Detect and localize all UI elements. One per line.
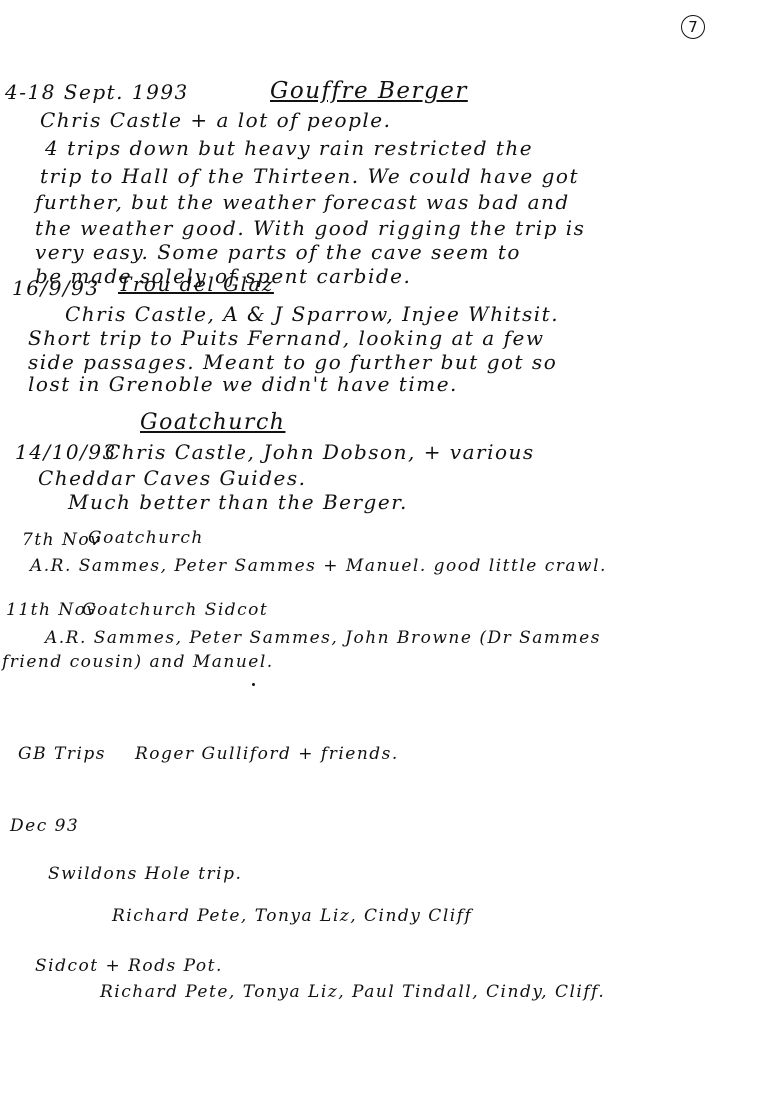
entry-line: Chris Castle + a lot of people.: [40, 108, 391, 132]
entry-cave: Goatchurch Sidcot: [82, 600, 268, 620]
entry-date: 16/9/93: [12, 276, 100, 300]
entry-line: the weather good. With good rigging the …: [35, 216, 585, 240]
entry-line: Much better than the Berger.: [68, 490, 408, 514]
entry-date: 4-18 Sept. 1993: [5, 80, 189, 104]
entry-cave: Gouffre Berger: [270, 78, 468, 104]
entry-line: 4 trips down but heavy rain restricted t…: [45, 136, 533, 160]
entry-cave: Trou del Glaz: [118, 272, 274, 296]
entry-date: 14/10/93: [15, 440, 117, 464]
page-number: 7: [681, 15, 705, 39]
entry-line: A.R. Sammes, Peter Sammes, John Browne (…: [45, 628, 601, 648]
entry-date: Dec 93: [10, 816, 79, 836]
ink-dot: [252, 683, 255, 686]
entry-cave: Goatchurch: [88, 528, 204, 548]
entry-cave: Goatchurch: [140, 410, 285, 435]
entry-line: lost in Grenoble we didn't have time.: [28, 372, 458, 396]
entry-cave: Sidcot + Rods Pot.: [35, 956, 223, 976]
entry-line: trip to Hall of the Thirteen. We could h…: [40, 164, 579, 188]
entry-line: very easy. Some parts of the cave seem t…: [35, 240, 521, 264]
entry-cave: GB Trips: [18, 744, 106, 764]
entry-cave: Swildons Hole trip.: [48, 864, 242, 884]
entry-line: further, but the weather forecast was ba…: [35, 190, 570, 214]
entry-line: Chris Castle, A & J Sparrow, Injee Whits…: [65, 302, 559, 326]
entry-line: Richard Pete, Tonya Liz, Cindy Cliff: [112, 906, 472, 926]
entry-line: Cheddar Caves Guides.: [38, 466, 306, 490]
entry-line: friend cousin) and Manuel.: [2, 652, 274, 672]
entry-line: Richard Pete, Tonya Liz, Paul Tindall, C…: [100, 982, 605, 1002]
entry-line: A.R. Sammes, Peter Sammes + Manuel. good…: [30, 556, 607, 576]
entry-line: side passages. Meant to go further but g…: [28, 350, 557, 374]
entry-line: Roger Gulliford + friends.: [135, 744, 399, 764]
entry-line: Short trip to Puits Fernand, looking at …: [28, 326, 544, 350]
entry-line: Chris Castle, John Dobson, + various: [105, 440, 535, 464]
